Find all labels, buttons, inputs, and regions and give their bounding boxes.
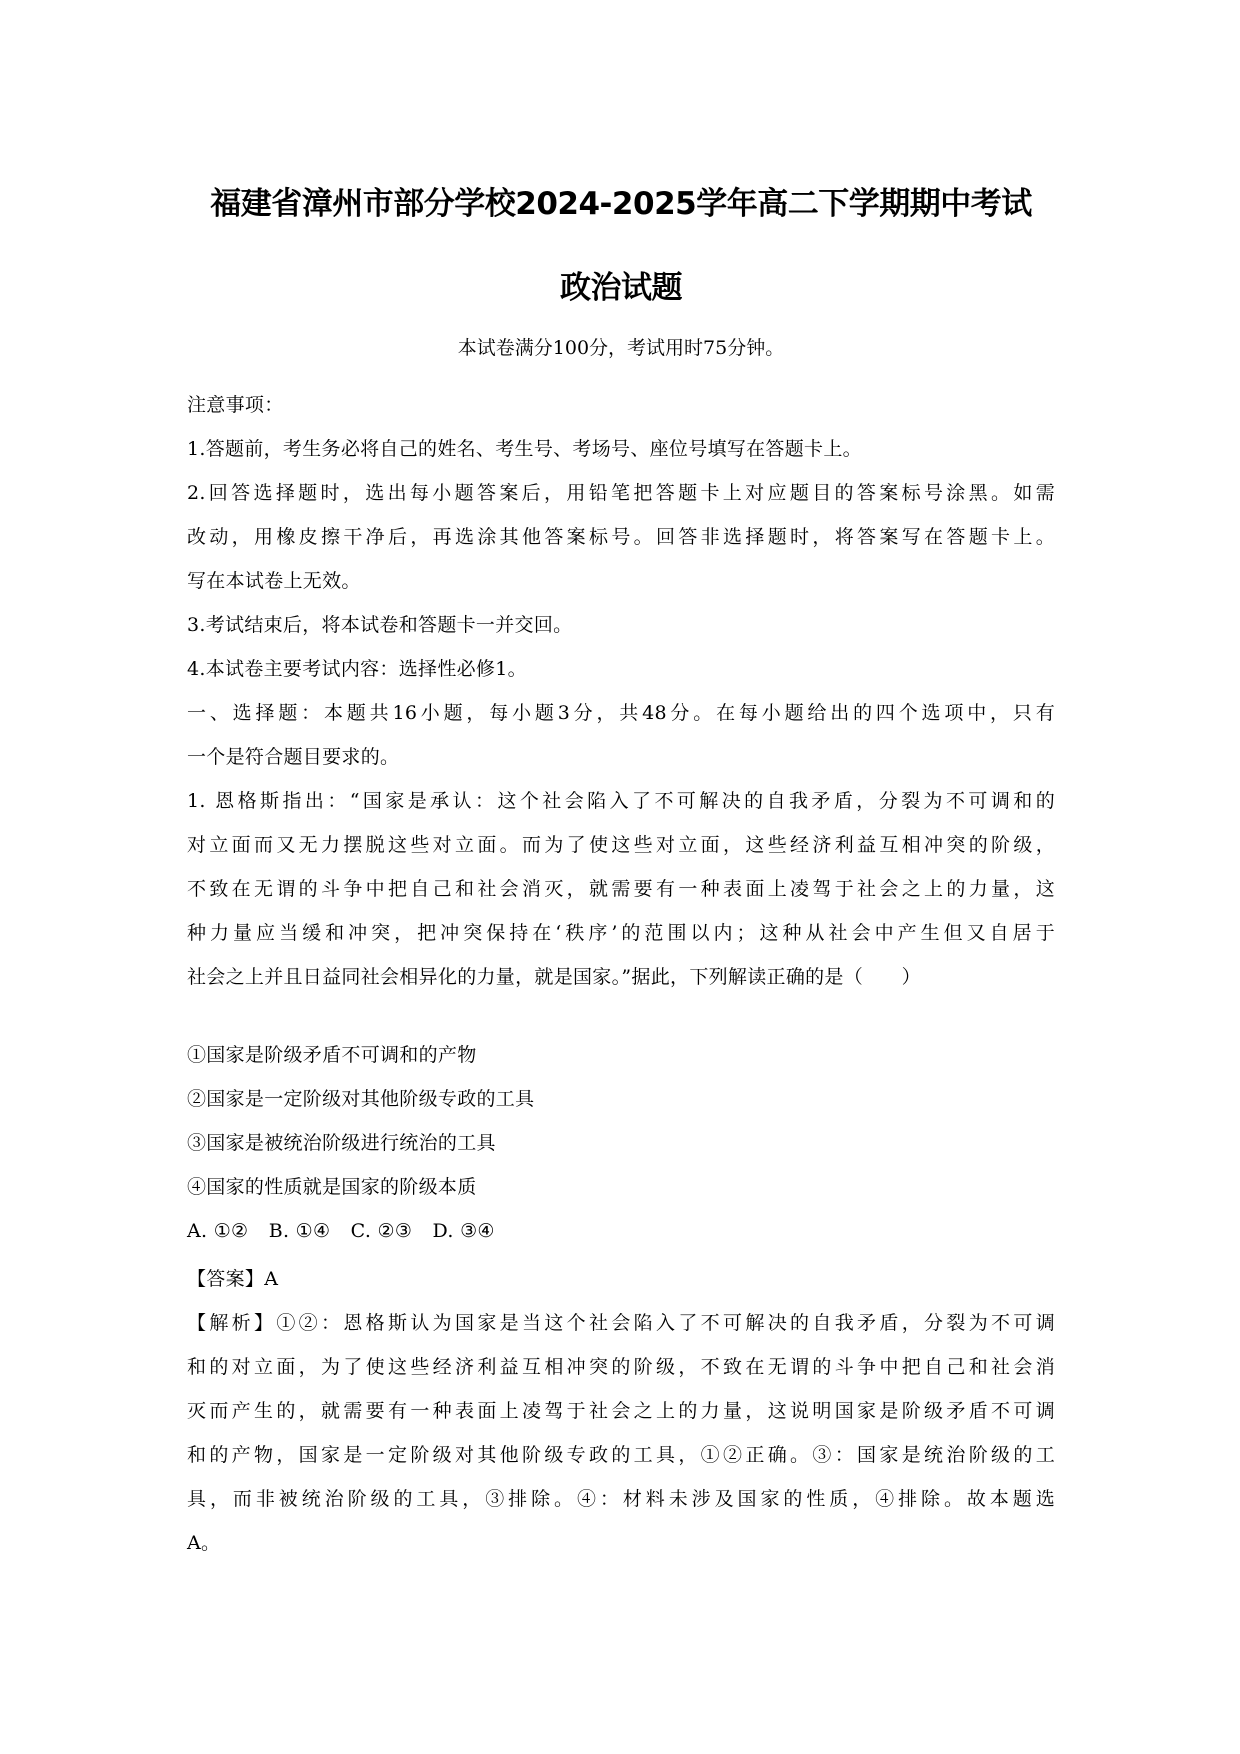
analysis-line: 具，而非被统治阶级的工具，③排除。④：材料未涉及国家的性质，④排除。故本题选 [187, 1477, 1055, 1521]
document-subject-title: 政治试题 [187, 262, 1055, 307]
answer-label: 【答案】A [187, 1257, 1055, 1301]
notice-line: 1.答题前，考生务必将自己的姓名、考生号、考场号、座位号填写在答题卡上。 [187, 427, 1055, 471]
choice-c: C. ②③ [351, 1220, 413, 1242]
analysis-line: 和的对立面，为了使这些经济利益互相冲突的阶级，不致在无谓的斗争中把自己和社会消 [187, 1345, 1055, 1389]
analysis-line: 灭而产生的，就需要有一种表面上凌驾于社会之上的力量，这说明国家是阶级矛盾不可调 [187, 1389, 1055, 1433]
answer-choices: A. ①② B. ①④ C. ②③ D. ③④ [187, 1209, 1055, 1253]
answer-analysis-block: 【答案】A 【解析】①②：恩格斯认为国家是当这个社会陷入了不可解决的自我矛盾，分… [187, 1257, 1055, 1565]
instructions-block: 注意事项： 1.答题前，考生务必将自己的姓名、考生号、考场号、座位号填写在答题卡… [187, 383, 1055, 999]
section-heading: 一、选择题：本题共16小题，每小题3分，共48分。在每小题给出的四个选项中，只有 [187, 691, 1055, 735]
question-statements: ①国家是阶级矛盾不可调和的产物 ②国家是一定阶级对其他阶级专政的工具 ③国家是被… [187, 1033, 1055, 1253]
statement-2: ②国家是一定阶级对其他阶级专政的工具 [187, 1077, 1055, 1121]
statement-3: ③国家是被统治阶级进行统治的工具 [187, 1121, 1055, 1165]
choice-a: A. ①② [187, 1220, 248, 1242]
analysis-line: 【解析】①②：恩格斯认为国家是当这个社会陷入了不可解决的自我矛盾，分裂为不可调 [187, 1301, 1055, 1345]
choice-b: B. ①④ [269, 1220, 331, 1242]
question-stem-line: 社会之上并且日益同社会相异化的力量，就是国家。”据此，下列解读正确的是（ ） [187, 955, 1055, 999]
statement-1: ①国家是阶级矛盾不可调和的产物 [187, 1033, 1055, 1077]
notice-line: 4.本试卷主要考试内容：选择性必修1。 [187, 647, 1055, 691]
analysis-line: A。 [187, 1521, 1055, 1565]
notice-line: 3.考试结束后，将本试卷和答题卡一并交回。 [187, 603, 1055, 647]
notice-heading: 注意事项： [187, 383, 1055, 427]
question-stem-line: 不致在无谓的斗争中把自己和社会消灭，就需要有一种表面上凌驾于社会之上的力量，这 [187, 867, 1055, 911]
section-heading-cont: 一个是符合题目要求的。 [187, 735, 1055, 779]
statement-4: ④国家的性质就是国家的阶级本质 [187, 1165, 1055, 1209]
notice-line: 2.回答选择题时，选出每小题答案后，用铅笔把答题卡上对应题目的答案标号涂黑。如需 [187, 471, 1055, 515]
analysis-line: 和的产物，国家是一定阶级对其他阶级专政的工具，①②正确。③：国家是统治阶级的工 [187, 1433, 1055, 1477]
document-title: 福建省漳州市部分学校2024-2025学年高二下学期期中考试 [187, 178, 1055, 223]
question-stem-line: 种力量应当缓和冲突，把冲突保持在‘秩序’的范围以内；这种从社会中产生但又自居于 [187, 911, 1055, 955]
choice-d: D. ③④ [433, 1220, 495, 1242]
notice-line: 写在本试卷上无效。 [187, 559, 1055, 603]
question-stem-line: 1. 恩格斯指出：“国家是承认：这个社会陷入了不可解决的自我矛盾，分裂为不可调和… [187, 779, 1055, 823]
notice-line: 改动，用橡皮擦干净后，再选涂其他答案标号。回答非选择题时，将答案写在答题卡上。 [187, 515, 1055, 559]
exam-info: 本试卷满分100分，考试用时75分钟。 [187, 333, 1055, 360]
question-stem-line: 对立面而又无力摆脱这些对立面。而为了使这些对立面，这些经济利益互相冲突的阶级， [187, 823, 1055, 867]
